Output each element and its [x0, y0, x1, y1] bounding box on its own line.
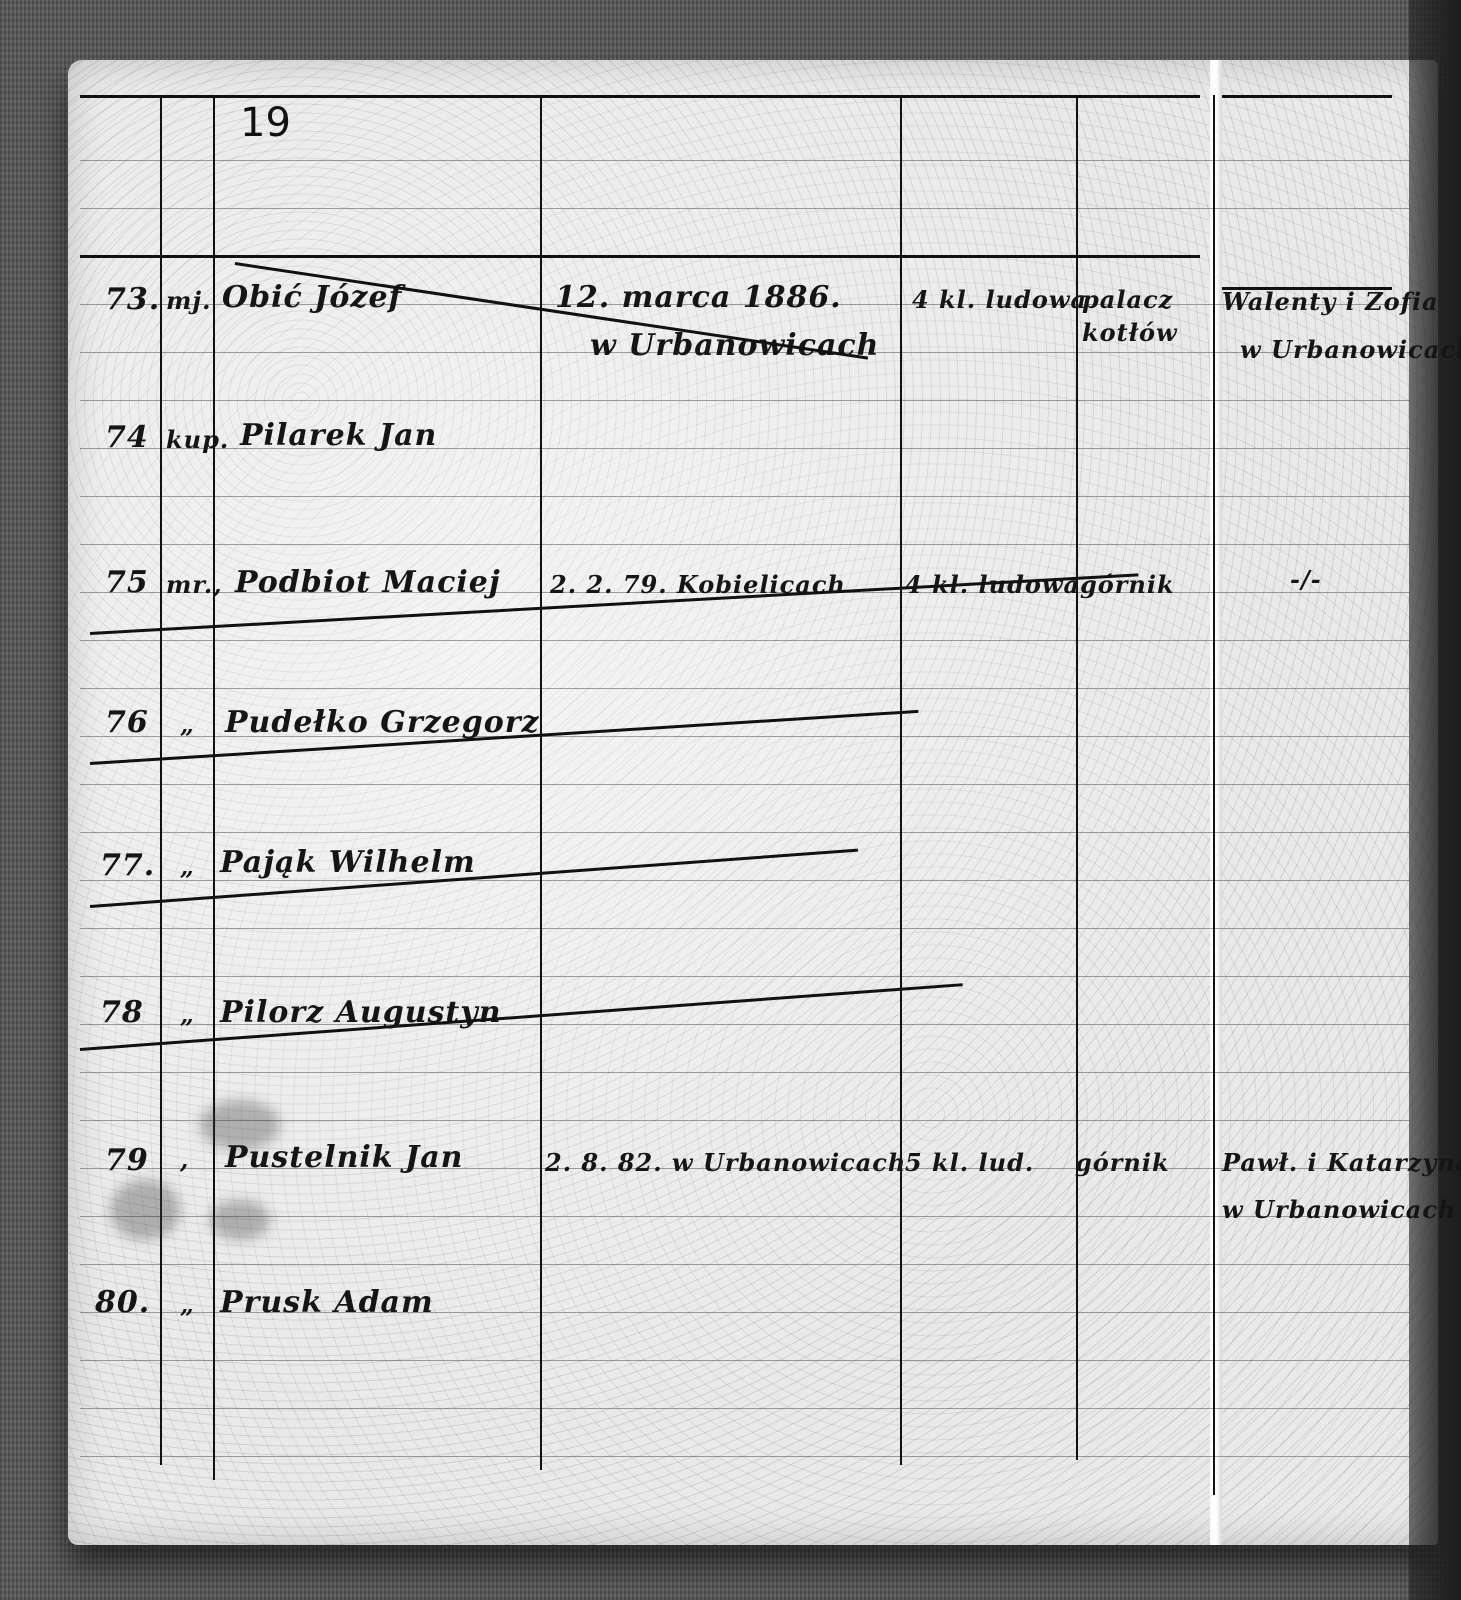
- entry-occupation: górnik: [1075, 1148, 1170, 1177]
- ruled-line: [80, 1216, 1410, 1217]
- entry-occupation: palacz: [1082, 285, 1173, 314]
- column-divider: [213, 95, 215, 1480]
- entry-status: kup.: [166, 425, 229, 454]
- entry-status: mj.: [166, 286, 211, 315]
- entry-education: 5 kl. lud.: [905, 1148, 1034, 1177]
- column-divider: [1213, 95, 1215, 1495]
- entry-status: „: [180, 1290, 195, 1319]
- entry-name: Podbiot Maciej: [235, 565, 501, 600]
- ruled-line: [80, 1264, 1410, 1265]
- header-top-rule-right: [1222, 95, 1392, 98]
- ruled-line: [80, 640, 1410, 641]
- entry-number: 76: [105, 705, 149, 740]
- entry-number: 80.: [95, 1285, 150, 1320]
- entry-birth-place: w Urbanowicach: [590, 328, 879, 363]
- entry-number: 73.: [105, 282, 160, 317]
- header-bottom-rule: [80, 255, 1200, 258]
- entry-parents: Pawł. i Katarzyna: [1222, 1148, 1461, 1177]
- entry-status: „: [180, 852, 195, 881]
- entry-number: 79: [105, 1143, 149, 1178]
- ruled-line: [80, 1072, 1410, 1073]
- ruled-line: [80, 1456, 1410, 1457]
- ruled-line: [80, 160, 1410, 161]
- ruled-line: [80, 880, 1410, 881]
- scan-edge-shadow: [1409, 0, 1461, 1600]
- header-top-rule: [80, 95, 1200, 98]
- entry-occupation-line2: kotłów: [1082, 318, 1178, 347]
- ruled-line: [80, 784, 1410, 785]
- entry-birth: 2. 8. 82. w Urbanowicach: [545, 1148, 906, 1177]
- ink-stain: [210, 1200, 270, 1240]
- entry-name: Pająk Wilhelm: [220, 845, 476, 880]
- entry-name: Prusk Adam: [220, 1285, 434, 1320]
- entry-number: 77.: [100, 848, 155, 883]
- ruled-line: [80, 928, 1410, 929]
- entry-status: „: [180, 1000, 195, 1029]
- entry-status: mr.,: [166, 570, 223, 599]
- ruled-line: [80, 400, 1410, 401]
- ink-stain: [110, 1180, 180, 1240]
- ruled-line: [80, 1408, 1410, 1409]
- entry-name: Pilarek Jan: [240, 418, 437, 453]
- page-gutter: [1210, 60, 1222, 1545]
- entry-education: 4 kl. ludowa: [912, 285, 1087, 314]
- ruled-line: [80, 1360, 1410, 1361]
- entry-parents-place: w Urbanowicach: [1222, 1195, 1456, 1224]
- ruled-line: [80, 496, 1410, 497]
- entry-number: 75: [105, 565, 149, 600]
- ruled-line: [80, 832, 1410, 833]
- ruled-line: [80, 976, 1410, 977]
- ruled-line: [80, 544, 1410, 545]
- entry-status: „: [180, 710, 195, 739]
- entry-number: 78: [100, 995, 144, 1030]
- ruled-line: [80, 208, 1410, 209]
- entry-status: ,: [180, 1145, 189, 1174]
- entry-name: Pudełko Grzegorz: [225, 705, 540, 740]
- entry-parents: -/-: [1290, 565, 1322, 594]
- entry-number: 74: [105, 420, 149, 455]
- entry-name: Pilorz Augustyn: [220, 995, 502, 1030]
- ruled-line: [80, 688, 1410, 689]
- entry-parents: Walenty i Zofia: [1222, 287, 1439, 316]
- entry-birth-date: 12. marca 1886.: [555, 280, 842, 315]
- column-divider: [160, 95, 162, 1465]
- page-number: 19: [240, 100, 291, 146]
- entry-parents-place: w Urbanowicach: [1240, 335, 1461, 364]
- column-divider: [540, 95, 542, 1470]
- entry-name: Pustelnik Jan: [225, 1140, 463, 1175]
- column-divider: [900, 95, 902, 1465]
